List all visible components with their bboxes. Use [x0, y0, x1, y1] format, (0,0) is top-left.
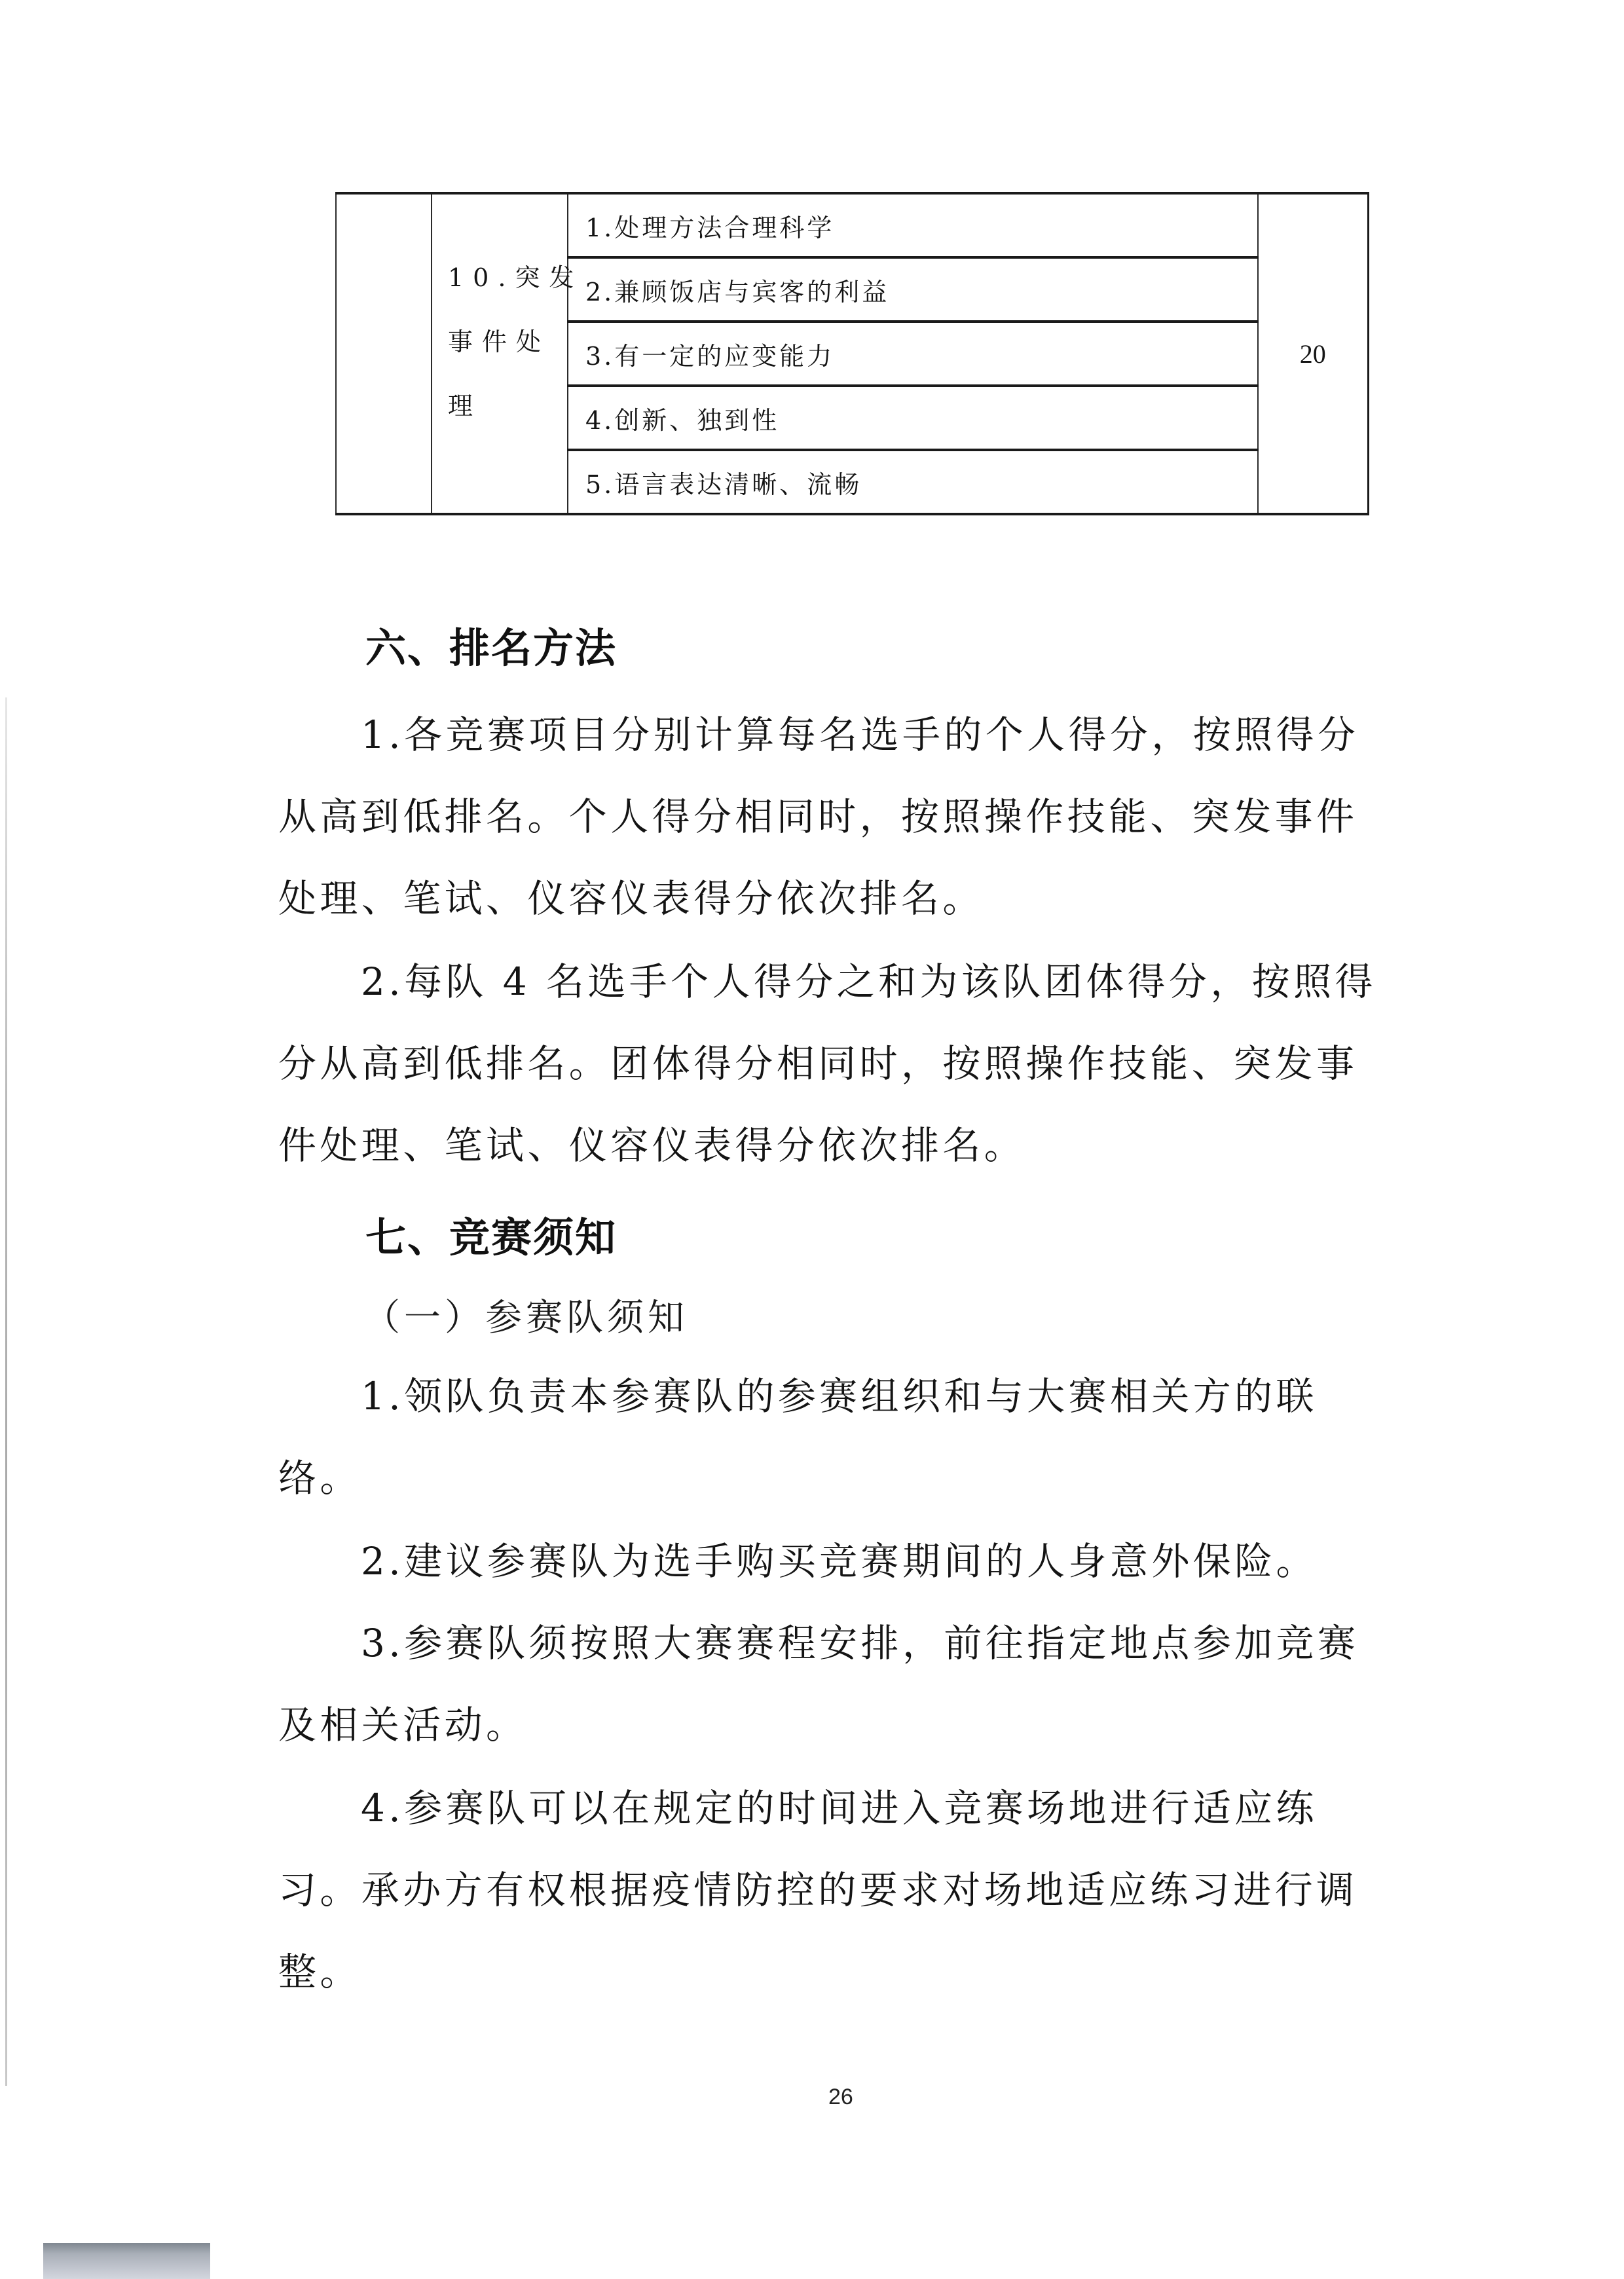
criterion-cell: 1.处理方法合理科学	[568, 193, 1258, 257]
paragraph: 1.领队负责本参赛队的参赛组织和与大赛相关方的联 络。	[278, 1356, 1418, 1519]
scan-shadow-artifact	[43, 2243, 210, 2279]
table-cell-blank	[336, 193, 432, 514]
paragraph: 1.各竞赛项目分别计算每名选手的个人得分，按照得分 从高到低排名。个人得分相同时…	[278, 694, 1418, 940]
section-heading-notice: 七、竞赛须知	[365, 1205, 617, 1263]
paragraph-line: 件处理、笔试、仪容仪表得分依次排名。	[278, 1105, 1418, 1187]
paragraph-line: 3.参赛队须按照大赛赛程安排，前往指定地点参加竞赛	[278, 1603, 1418, 1684]
item-label-line: 事件处	[448, 310, 558, 374]
paragraph-line: 分从高到低排名。团体得分相同时，按照操作技能、突发事	[278, 1023, 1418, 1105]
paragraph: 2.每队 4 名选手个人得分之和为该队团体得分，按照得 分从高到低排名。团体得分…	[278, 941, 1418, 1187]
score-cell: 20	[1258, 193, 1368, 514]
paragraph-line: 1.各竞赛项目分别计算每名选手的个人得分，按照得分	[278, 694, 1418, 776]
criterion-cell: 5.语言表达清晰、流畅	[568, 450, 1258, 514]
paragraph: 3.参赛队须按照大赛赛程安排，前往指定地点参加竞赛 及相关活动。	[278, 1603, 1418, 1766]
paragraph: 2.建议参赛队为选手购买竞赛期间的人身意外保险。	[278, 1521, 1418, 1603]
table-cell-item: 10.突发 事件处 理	[432, 193, 568, 514]
paragraph-line: 处理、笔试、仪容仪表得分依次排名。	[278, 858, 1418, 940]
criterion-cell: 3.有一定的应变能力	[568, 322, 1258, 386]
paragraph-line: 1.领队负责本参赛队的参赛组织和与大赛相关方的联	[278, 1356, 1418, 1437]
paragraph-line: 2.每队 4 名选手个人得分之和为该队团体得分，按照得	[278, 941, 1418, 1023]
subsection-heading-team-notice: （一）参赛队须知	[363, 1289, 688, 1341]
paragraph-line: 2.建议参赛队为选手购买竞赛期间的人身意外保险。	[278, 1521, 1418, 1603]
paragraph-line: 习。承办方有权根据疫情防控的要求对场地适应练习进行调	[278, 1849, 1418, 1931]
paragraph-line: 从高到低排名。个人得分相同时，按照操作技能、突发事件	[278, 776, 1418, 858]
item-label-line: 10.突发	[448, 246, 558, 310]
paragraph-line: 及相关活动。	[278, 1684, 1418, 1766]
scan-edge-line	[5, 697, 7, 2086]
criterion-cell: 4.创新、独到性	[568, 386, 1258, 450]
item-label-line: 理	[448, 374, 558, 438]
paragraph-line: 4.参赛队可以在规定的时间进入竞赛场地进行适应练	[278, 1768, 1418, 1849]
paragraph-line: 络。	[278, 1437, 1418, 1519]
scoring-table: 10.突发 事件处 理 1.处理方法合理科学 20 2.兼顾饭店与宾客的利益 3…	[335, 192, 1369, 515]
paragraph: 4.参赛队可以在规定的时间进入竞赛场地进行适应练 习。承办方有权根据疫情防控的要…	[278, 1768, 1418, 2013]
document-page: 10.突发 事件处 理 1.处理方法合理科学 20 2.兼顾饭店与宾客的利益 3…	[0, 0, 1624, 2279]
table-row: 10.突发 事件处 理 1.处理方法合理科学 20	[336, 193, 1368, 257]
criterion-cell: 2.兼顾饭店与宾客的利益	[568, 257, 1258, 322]
paragraph-line: 整。	[278, 1931, 1418, 2013]
page-number: 26	[828, 2084, 853, 2110]
section-heading-ranking: 六、排名方法	[365, 616, 617, 674]
